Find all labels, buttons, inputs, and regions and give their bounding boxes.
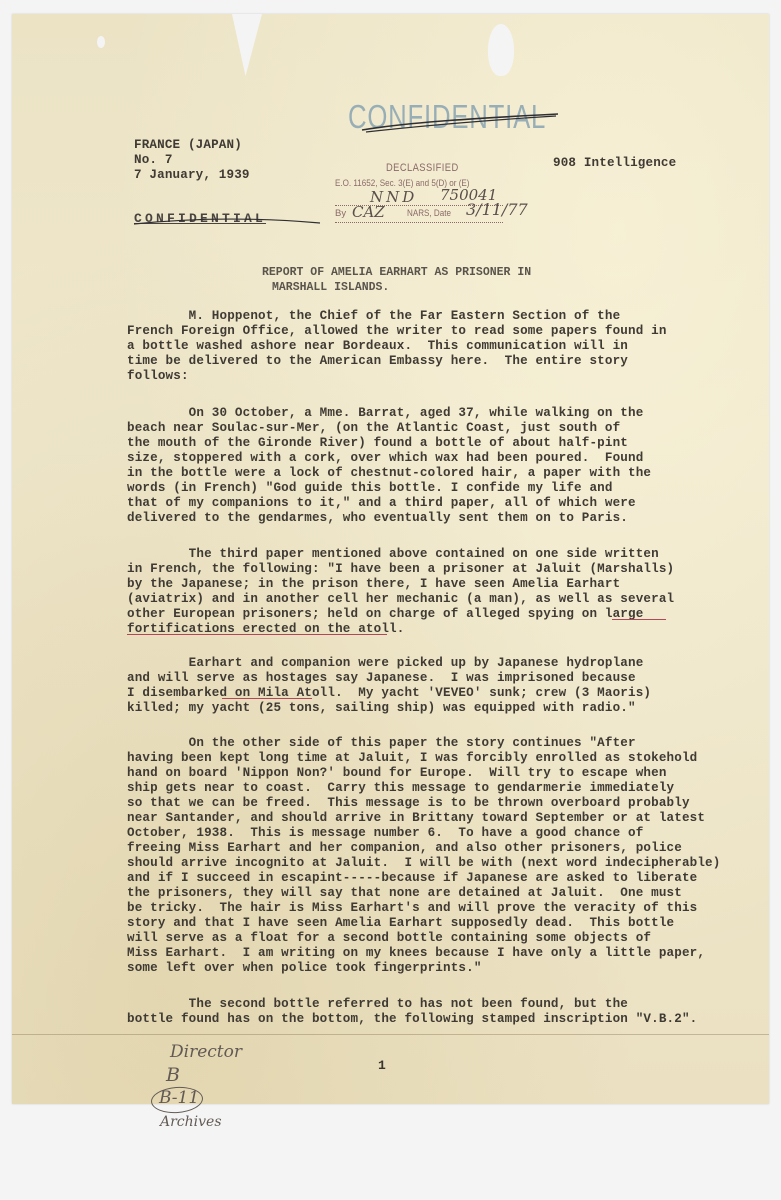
fold-line [12, 1034, 769, 1035]
text-line: French Foreign Office, allowed the write… [127, 324, 667, 339]
red-underline [222, 698, 312, 699]
header-number: No. 7 [134, 153, 173, 168]
red-underline [612, 619, 666, 620]
text-line: words (in French) "God guide this bottle… [127, 481, 613, 496]
handwritten-note: Director [170, 1042, 242, 1062]
text-line: time be delivered to the American Embass… [127, 354, 628, 369]
text-line: On the other side of this paper the stor… [127, 736, 636, 751]
text-line: size, stoppered with a cork, over which … [127, 451, 643, 466]
paper-hole [97, 36, 105, 48]
by-line [335, 222, 503, 223]
text-line: Earhart and companion were picked up by … [127, 656, 643, 671]
header-country: FRANCE (JAPAN) [134, 138, 242, 153]
paper-hole [488, 24, 514, 76]
text-line: October, 1938. This is message number 6.… [127, 826, 643, 841]
text-line: and if I succeed in escapint-----because… [127, 871, 697, 886]
date-value: 3/11/77 [466, 200, 528, 219]
text-line: the mouth of the Gironde River) found a … [127, 436, 628, 451]
text-line: ship gets near to coast. Carry this mess… [127, 781, 674, 796]
text-line: a bottle washed ashore near Bordeaux. Th… [127, 339, 628, 354]
text-line: freeing Miss Earhart and her companion, … [127, 841, 682, 856]
text-line: follows: [127, 369, 189, 384]
by-label: By [335, 208, 346, 219]
red-underline [127, 634, 387, 635]
declassified-title: DECLASSIFIED [386, 162, 459, 174]
report-title-line-1: REPORT OF AMELIA EARHART AS PRISONER IN [262, 266, 531, 281]
handwritten-note: B [166, 1064, 180, 1086]
text-line: story and that I have seen Amelia Earhar… [127, 916, 674, 931]
text-line: in the bottle were a lock of chestnut-co… [127, 466, 651, 481]
report-title-line-2: MARSHALL ISLANDS. [272, 281, 389, 296]
strikethrough-mark [132, 214, 322, 228]
text-line: The second bottle referred to has not be… [127, 997, 628, 1012]
text-line: The third paper mentioned above containe… [127, 547, 659, 562]
strikethrough-mark [360, 110, 560, 134]
text-line: Miss Earhart. I am writing on my knees b… [127, 946, 705, 961]
text-line: M. Hoppenot, the Chief of the Far Easter… [127, 309, 620, 324]
header-department: 908 Intelligence [553, 156, 676, 171]
handwritten-note: B-11 [159, 1088, 199, 1108]
text-line: other European prisoners; held on charge… [127, 607, 643, 622]
text-line: bottle found has on the bottom, the foll… [127, 1012, 697, 1027]
text-line: be tricky. The hair is Miss Earhart's an… [127, 901, 697, 916]
text-line: should arrive incognito at Jaluit. I wil… [127, 856, 720, 871]
by-value: CAZ [352, 203, 385, 221]
text-line: having been kept long time at Jaluit, I … [127, 751, 697, 766]
text-line: near Santander, and should arrive in Bri… [127, 811, 705, 826]
text-line: delivered to the gendarmes, who eventual… [127, 511, 628, 526]
nars-date-label: NARS, Date [407, 208, 451, 219]
text-line: some left over when police took fingerpr… [127, 961, 482, 976]
text-line: the prisoners, they will say that none a… [127, 886, 682, 901]
text-line: and will serve as hostages say Japanese.… [127, 671, 636, 686]
text-line: (aviatrix) and in another cell her mecha… [127, 592, 674, 607]
text-line: so that we can be freed. This message is… [127, 796, 690, 811]
text-line: killed; my yacht (25 tons, sailing ship)… [127, 701, 636, 716]
text-line: will serve as a float for a second bottl… [127, 931, 651, 946]
page-number: 1 [378, 1058, 386, 1073]
text-line: by the Japanese; in the prison there, I … [127, 577, 620, 592]
text-line: beach near Soulac-sur-Mer, (on the Atlan… [127, 421, 620, 436]
text-line: hand on board 'Nippon Non?' bound for Eu… [127, 766, 667, 781]
handwritten-note: Archives [160, 1114, 222, 1130]
text-line: On 30 October, a Mme. Barrat, aged 37, w… [127, 406, 643, 421]
text-line: that of my companions to it," and a thir… [127, 496, 636, 511]
text-line: I disembarked on Mila Atoll. My yacht 'V… [127, 686, 651, 701]
text-line: in French, the following: "I have been a… [127, 562, 674, 577]
header-date: 7 January, 1939 [134, 168, 250, 183]
